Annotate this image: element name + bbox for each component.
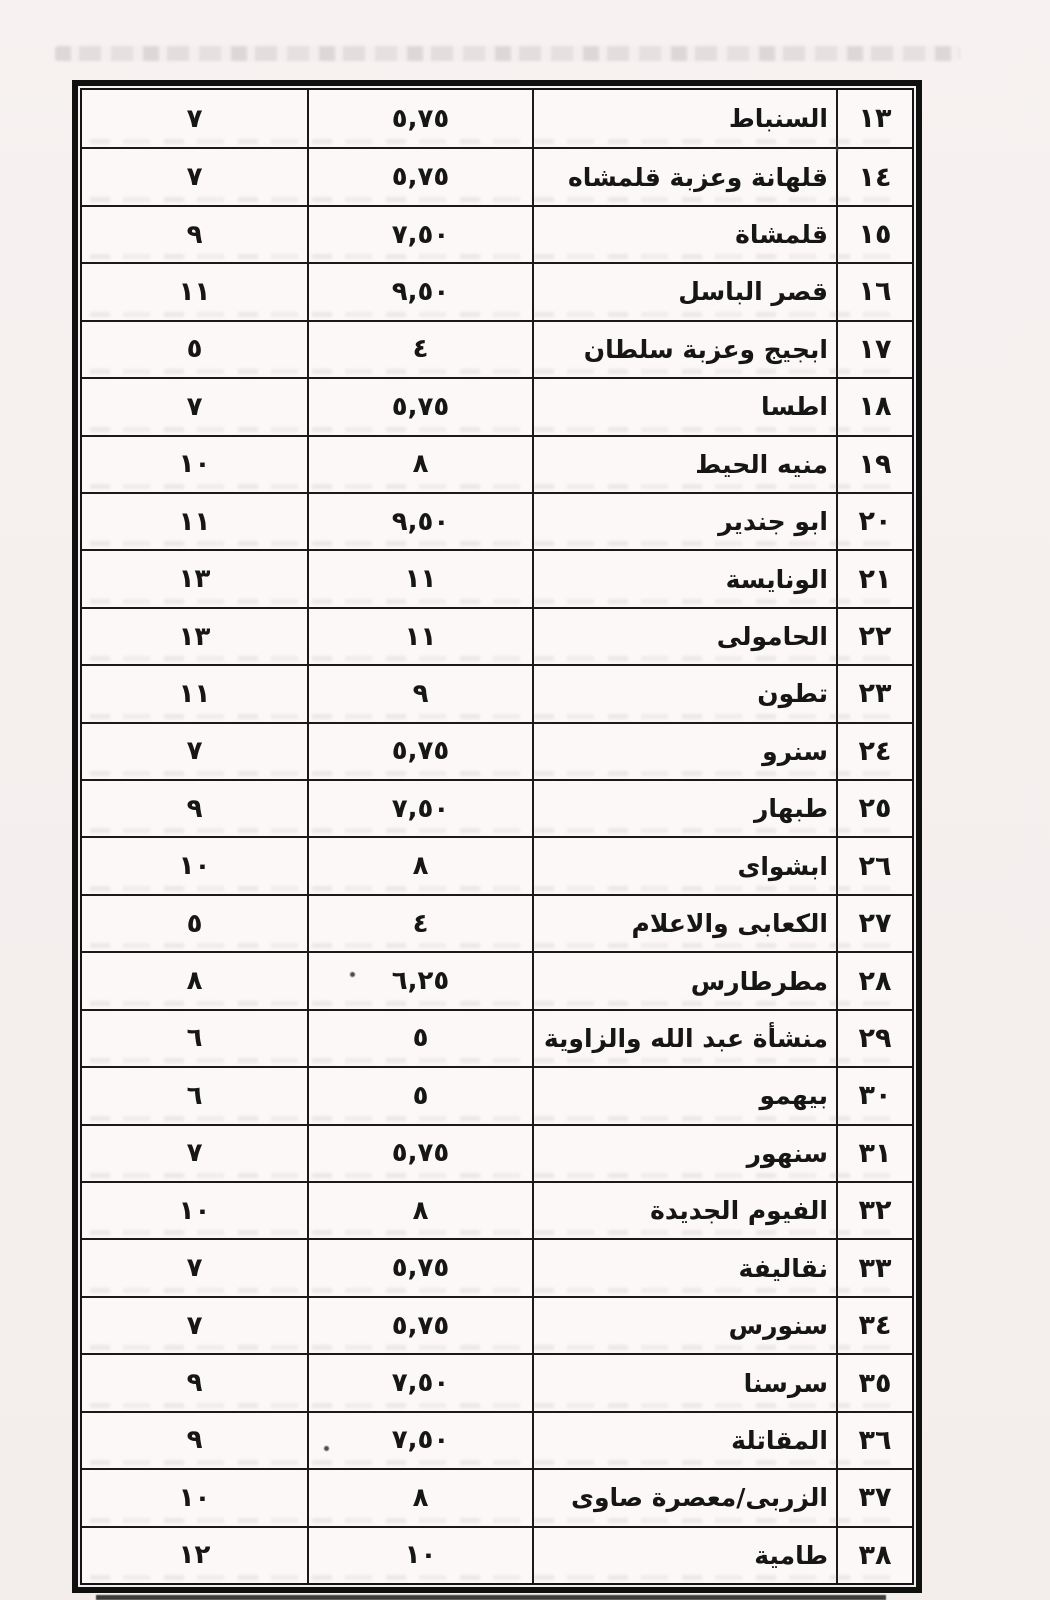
row-number-cell: ٢٥	[836, 781, 912, 836]
row-number-cell: ٣٠	[836, 1068, 912, 1123]
table-grid: ٧ ٥,٧٥ السنباط ١٣ ٧ ٥,٧٥ قلهانة وعزبة قل…	[82, 90, 912, 1583]
decimal-value-cell: ٨	[307, 437, 532, 492]
table-row: ١٠ ٨ ابشواى ٢٦	[82, 836, 912, 893]
row-number-cell: ٣٦	[836, 1413, 912, 1468]
locality-name-cell: مطرطارس	[532, 953, 836, 1008]
integer-value-cell: ١٠	[82, 437, 307, 492]
row-number-cell: ٣٧	[836, 1470, 912, 1525]
row-number-cell: ١٨	[836, 379, 912, 434]
decimal-value-cell: ٥,٧٥	[307, 1298, 532, 1353]
table-row: ٦ ٥ منشأة عبد الله والزاوية ٢٩	[82, 1009, 912, 1066]
row-number-cell: ٢٠	[836, 494, 912, 549]
integer-value-cell: ٩	[82, 781, 307, 836]
integer-value-cell: ٦	[82, 1011, 307, 1066]
row-number-cell: ٢١	[836, 551, 912, 606]
integer-value-cell: ١١	[82, 494, 307, 549]
decimal-value-cell: ١٠	[307, 1528, 532, 1583]
decimal-value-cell: ٩	[307, 666, 532, 721]
table-row: ٧ ٥,٧٥ قلهانة وعزبة قلمشاه ١٤	[82, 147, 912, 204]
locality-name-cell: قلهانة وعزبة قلمشاه	[532, 149, 836, 204]
decimal-value-cell: ٤	[307, 896, 532, 951]
row-number-cell: ٢٣	[836, 666, 912, 721]
table-row: ١١ ٩,٥٠ قصر الباسل ١٦	[82, 262, 912, 319]
integer-value-cell: ٨	[82, 953, 307, 1008]
decimal-value-cell: ٨	[307, 838, 532, 893]
bleedthrough-text-band	[55, 46, 960, 61]
rates-table-frame: ٧ ٥,٧٥ السنباط ١٣ ٧ ٥,٧٥ قلهانة وعزبة قل…	[72, 80, 922, 1593]
locality-name-cell: الكعابى والاعلام	[532, 896, 836, 951]
row-number-cell: ٣١	[836, 1126, 912, 1181]
decimal-value-cell: ٧,٥٠	[307, 207, 532, 262]
integer-value-cell: ٩	[82, 1413, 307, 1468]
locality-name-cell: قلمشاة	[532, 207, 836, 262]
table-row: ٩ ٧,٥٠ طبهار ٢٥	[82, 779, 912, 836]
row-number-cell: ٢٨	[836, 953, 912, 1008]
locality-name-cell: الفيوم الجديدة	[532, 1183, 836, 1238]
locality-name-cell: ابجيج وعزبة سلطان	[532, 322, 836, 377]
integer-value-cell: ١٢	[82, 1528, 307, 1583]
decimal-value-cell: ١١	[307, 551, 532, 606]
table-row: ١٣ ١١ الونايسة ٢١	[82, 549, 912, 606]
row-number-cell: ١٧	[836, 322, 912, 377]
decimal-value-cell: ٥,٧٥	[307, 724, 532, 779]
table-row: ١٣ ١١ الحامولى ٢٢	[82, 607, 912, 664]
decimal-value-cell: ٥,٧٥	[307, 90, 532, 147]
locality-name-cell: قصر الباسل	[532, 264, 836, 319]
locality-name-cell: سنهور	[532, 1126, 836, 1181]
locality-name-cell: ابشواى	[532, 838, 836, 893]
decimal-value-cell: ١١	[307, 609, 532, 664]
table-row: ٧ ٥,٧٥ اطسا ١٨	[82, 377, 912, 434]
integer-value-cell: ١٠	[82, 1183, 307, 1238]
integer-value-cell: ٧	[82, 379, 307, 434]
integer-value-cell: ٧	[82, 1298, 307, 1353]
table-row: ١٠ ٨ الزربى/معصرة صاوى ٣٧	[82, 1468, 912, 1525]
decimal-value-cell: ٥,٧٥	[307, 149, 532, 204]
table-row: ١٠ ٨ منيه الحيط ١٩	[82, 435, 912, 492]
locality-name-cell: سرسنا	[532, 1355, 836, 1410]
decimal-value-cell: ٩,٥٠	[307, 264, 532, 319]
table-row: ١١ ٩ تطون ٢٣	[82, 664, 912, 721]
decimal-value-cell: ٦,٢٥	[307, 953, 532, 1008]
integer-value-cell: ١٠	[82, 1470, 307, 1525]
row-number-cell: ٢٤	[836, 724, 912, 779]
integer-value-cell: ١٣	[82, 551, 307, 606]
locality-name-cell: الزربى/معصرة صاوى	[532, 1470, 836, 1525]
row-number-cell: ٣٣	[836, 1240, 912, 1295]
row-number-cell: ٣٤	[836, 1298, 912, 1353]
row-number-cell: ٢٩	[836, 1011, 912, 1066]
row-number-cell: ٣٨	[836, 1528, 912, 1583]
table-row: ٩ ٧,٥٠ قلمشاة ١٥	[82, 205, 912, 262]
locality-name-cell: السنباط	[532, 90, 836, 147]
integer-value-cell: ٧	[82, 1240, 307, 1295]
row-number-cell: ٢٦	[836, 838, 912, 893]
locality-name-cell: منشأة عبد الله والزاوية	[532, 1011, 836, 1066]
locality-name-cell: بيهمو	[532, 1068, 836, 1123]
table-row: ١١ ٩,٥٠ ابو جندير ٢٠	[82, 492, 912, 549]
decimal-value-cell: ٧,٥٠	[307, 1413, 532, 1468]
integer-value-cell: ١١	[82, 666, 307, 721]
locality-name-cell: المقاتلة	[532, 1413, 836, 1468]
table-row: ٨ ٦,٢٥ مطرطارس ٢٨	[82, 951, 912, 1008]
integer-value-cell: ٦	[82, 1068, 307, 1123]
decimal-value-cell: ٨	[307, 1183, 532, 1238]
locality-name-cell: منيه الحيط	[532, 437, 836, 492]
decimal-value-cell: ٥,٧٥	[307, 379, 532, 434]
locality-name-cell: الونايسة	[532, 551, 836, 606]
table-row: ٧ ٥,٧٥ سنورس ٣٤	[82, 1296, 912, 1353]
integer-value-cell: ١٣	[82, 609, 307, 664]
table-row: ٧ ٥,٧٥ السنباط ١٣	[82, 90, 912, 147]
integer-value-cell: ٧	[82, 149, 307, 204]
table-row: ٦ ٥ بيهمو ٣٠	[82, 1066, 912, 1123]
locality-name-cell: اطسا	[532, 379, 836, 434]
integer-value-cell: ٩	[82, 207, 307, 262]
integer-value-cell: ٥	[82, 896, 307, 951]
integer-value-cell: ٧	[82, 1126, 307, 1181]
decimal-value-cell: ٧,٥٠	[307, 781, 532, 836]
rates-table: ٧ ٥,٧٥ السنباط ١٣ ٧ ٥,٧٥ قلهانة وعزبة قل…	[80, 88, 914, 1585]
decimal-value-cell: ٨	[307, 1470, 532, 1525]
decimal-value-cell: ٥,٧٥	[307, 1126, 532, 1181]
integer-value-cell: ١١	[82, 264, 307, 319]
decimal-value-cell: ٧,٥٠	[307, 1355, 532, 1410]
table-row: ٩ ٧,٥٠ المقاتلة ٣٦	[82, 1411, 912, 1468]
table-row: ١٢ ١٠ طامية ٣٨	[82, 1526, 912, 1583]
row-number-cell: ٣٢	[836, 1183, 912, 1238]
row-number-cell: ٢٧	[836, 896, 912, 951]
table-row: ٥ ٤ ابجيج وعزبة سلطان ١٧	[82, 320, 912, 377]
integer-value-cell: ٧	[82, 724, 307, 779]
row-number-cell: ١٩	[836, 437, 912, 492]
locality-name-cell: تطون	[532, 666, 836, 721]
table-row: ٧ ٥,٧٥ سنرو ٢٤	[82, 722, 912, 779]
next-page-line-sliver	[96, 1595, 886, 1600]
row-number-cell: ١٥	[836, 207, 912, 262]
row-number-cell: ٣٥	[836, 1355, 912, 1410]
decimal-value-cell: ٥,٧٥	[307, 1240, 532, 1295]
document-page: ٧ ٥,٧٥ السنباط ١٣ ٧ ٥,٧٥ قلهانة وعزبة قل…	[0, 0, 1050, 1600]
table-row: ٩ ٧,٥٠ سرسنا ٣٥	[82, 1353, 912, 1410]
locality-name-cell: الحامولى	[532, 609, 836, 664]
integer-value-cell: ٥	[82, 322, 307, 377]
decimal-value-cell: ٩,٥٠	[307, 494, 532, 549]
decimal-value-cell: ٥	[307, 1011, 532, 1066]
table-row: ٥ ٤ الكعابى والاعلام ٢٧	[82, 894, 912, 951]
locality-name-cell: طامية	[532, 1528, 836, 1583]
row-number-cell: ١٣	[836, 90, 912, 147]
locality-name-cell: طبهار	[532, 781, 836, 836]
row-number-cell: ١٦	[836, 264, 912, 319]
row-number-cell: ١٤	[836, 149, 912, 204]
locality-name-cell: سنرو	[532, 724, 836, 779]
decimal-value-cell: ٥	[307, 1068, 532, 1123]
integer-value-cell: ٧	[82, 90, 307, 147]
row-number-cell: ٢٢	[836, 609, 912, 664]
integer-value-cell: ١٠	[82, 838, 307, 893]
locality-name-cell: نقاليفة	[532, 1240, 836, 1295]
locality-name-cell: سنورس	[532, 1298, 836, 1353]
locality-name-cell: ابو جندير	[532, 494, 836, 549]
table-row: ٧ ٥,٧٥ نقاليفة ٣٣	[82, 1238, 912, 1295]
table-row: ١٠ ٨ الفيوم الجديدة ٣٢	[82, 1181, 912, 1238]
integer-value-cell: ٩	[82, 1355, 307, 1410]
decimal-value-cell: ٤	[307, 322, 532, 377]
table-row: ٧ ٥,٧٥ سنهور ٣١	[82, 1124, 912, 1181]
